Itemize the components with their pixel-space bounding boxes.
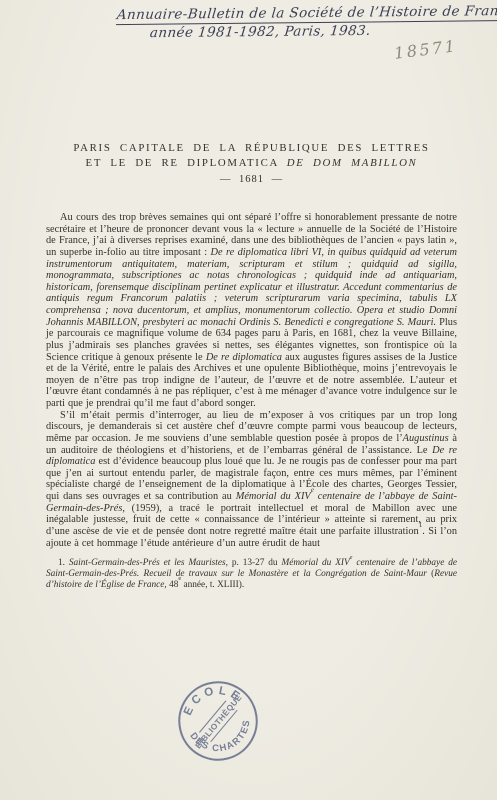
article-body: Au cours des trop brèves semaines qui on… xyxy=(46,212,457,549)
library-stamp-graphic: ECOLE DES CHARTES BIBLIOTHÈQUE xyxy=(175,678,261,764)
printed-text-column: PARIS CAPITALE DE LA RÉPUBLIQUE DES LETT… xyxy=(46,141,457,590)
handwritten-citation-line2: année 1981-1982, Paris, 1983. xyxy=(149,23,371,41)
handwritten-citation-line1: Annuaire-Bulletin de la Société de l’His… xyxy=(116,3,497,25)
scanned-page: Annuaire-Bulletin de la Société de l’His… xyxy=(0,0,497,800)
title-line-1: PARIS CAPITALE DE LA RÉPUBLIQUE DES LETT… xyxy=(46,141,457,156)
title-year-line: — 1681 — xyxy=(46,172,457,187)
library-stamp: ECOLE DES CHARTES BIBLIOTHÈQUE xyxy=(175,678,261,764)
body-paragraph-2: S’il m’était permis d’interroger, au lie… xyxy=(46,410,457,550)
title-line-2: ET LE DE RE DIPLOMATICA DE DOM MABILLON xyxy=(46,156,457,171)
handwritten-shelfmark-number: 18571 xyxy=(393,36,458,63)
body-paragraph-1: Au cours des trop brèves semaines qui on… xyxy=(46,212,457,410)
footnote: 1. Saint-Germain-des-Prés et les Maurist… xyxy=(46,558,457,590)
article-title: PARIS CAPITALE DE LA RÉPUBLIQUE DES LETT… xyxy=(46,141,457,187)
